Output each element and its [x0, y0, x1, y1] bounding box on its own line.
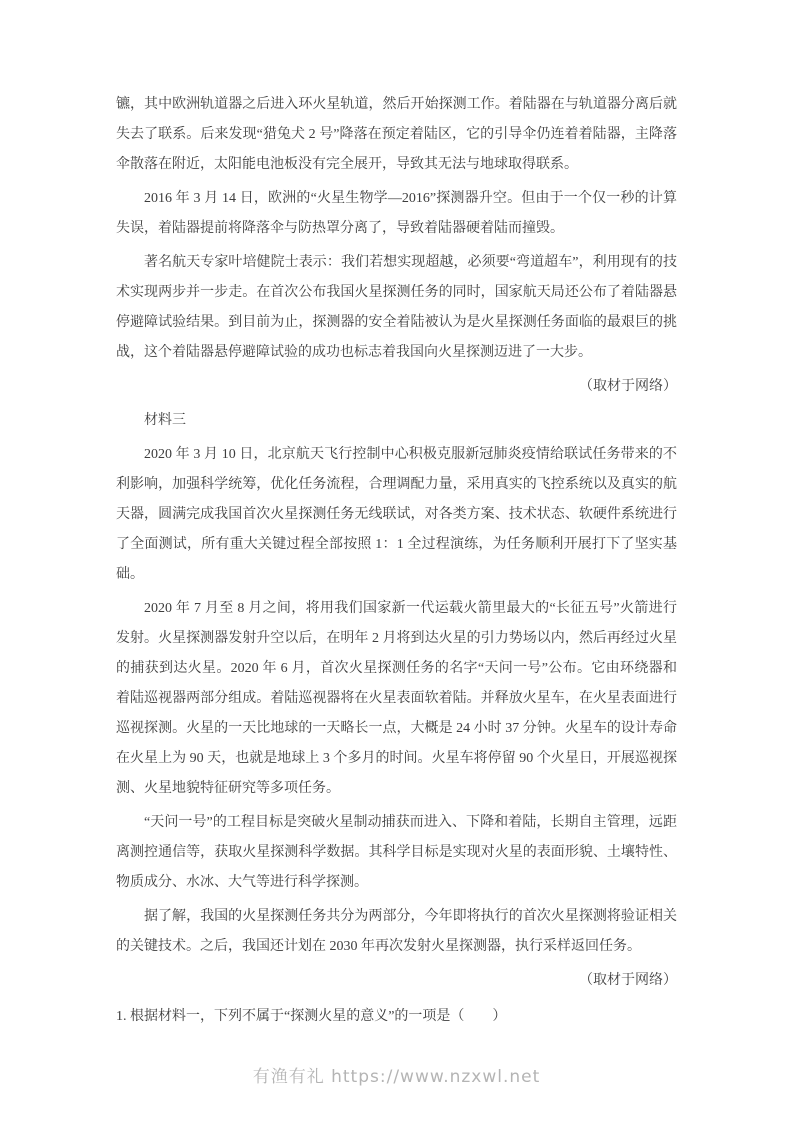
- paragraph-continuation: 镳，其中欧洲轨道器之后进入环火星轨道，然后开始探测工作。着陆器在与轨道器分离后就…: [116, 90, 677, 180]
- document-page: 镳，其中欧洲轨道器之后进入环火星轨道，然后开始探测工作。着陆器在与轨道器分离后就…: [0, 0, 793, 1122]
- paragraph-expert-quote: 著名航天专家叶培健院士表示：我们若想实现超越，必须要“弯道超车”，利用现有的技术…: [116, 248, 677, 368]
- footer-watermark: 有渔有礼 https://www.nzxwl.net: [0, 1062, 793, 1087]
- section-heading-material-three: 材料三: [116, 406, 677, 436]
- paragraph-launch-plan: 2020 年 7 月至 8 月之间，将用我们国家新一代运载火箭里最大的“长征五号…: [116, 594, 677, 804]
- source-attribution-1: （取材于网络）: [116, 372, 677, 402]
- source-attribution-2: （取材于网络）: [116, 966, 677, 996]
- paragraph-beijing-control-center: 2020 年 3 月 10 日，北京航天飞行控制中心积极克服新冠肺炎疫情给联试任…: [116, 440, 677, 590]
- paragraph-esa-2016: 2016 年 3 月 14 日，欧洲的“火星生物学—2016”探测器升空。但由于…: [116, 184, 677, 244]
- document-body: 镳，其中欧洲轨道器之后进入环火星轨道，然后开始探测工作。着陆器在与轨道器分离后就…: [116, 90, 677, 1036]
- paragraph-tianwen-goals: “天问一号”的工程目标是突破火星制动捕获而进入、下降和着陆，长期自主管理，远距离…: [116, 808, 677, 898]
- paragraph-mission-two-parts: 据了解，我国的火星探测任务共分为两部分，今年即将执行的首次火星探测将验证相关的关…: [116, 902, 677, 962]
- question-1: 1. 根据材料一，下列不属于“探测火星的意义”的一项是（ ）: [116, 1002, 677, 1032]
